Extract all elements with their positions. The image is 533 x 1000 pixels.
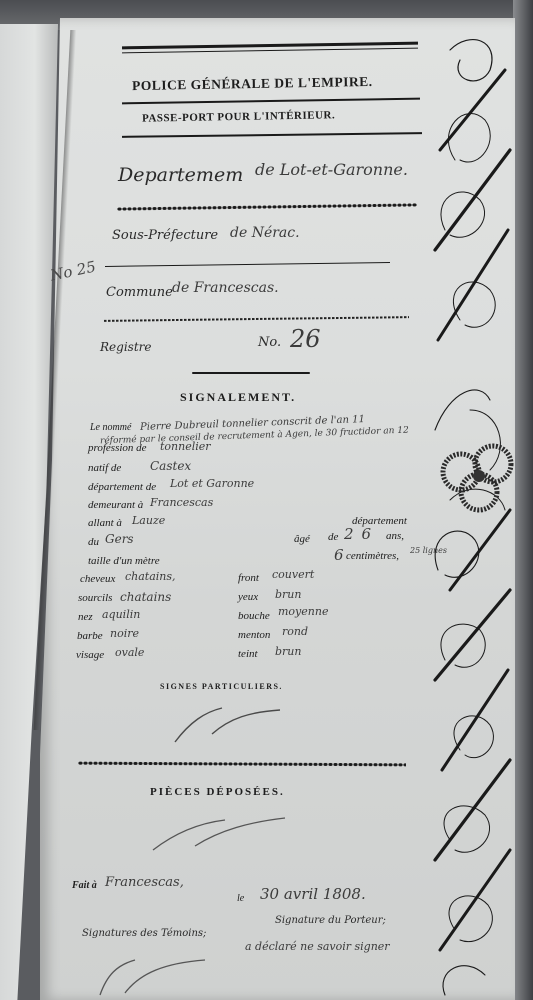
registre-number-label: No. bbox=[258, 335, 281, 350]
demeurant-label: demeurant à bbox=[88, 499, 143, 511]
empty-field-strokes-2 bbox=[150, 808, 290, 853]
sourcils-label: sourcils bbox=[78, 592, 112, 604]
nez-label: nez bbox=[78, 611, 93, 623]
barbe-value: noire bbox=[110, 627, 139, 640]
commune-value: de Francescas. bbox=[172, 280, 279, 296]
registre-rule bbox=[192, 372, 310, 374]
sous-prefecture-value: de Nérac. bbox=[230, 225, 300, 241]
date-label: le bbox=[237, 893, 244, 904]
natif-label: natif de bbox=[88, 462, 121, 474]
age-de: de bbox=[328, 531, 338, 543]
sourcils-value: chatains bbox=[120, 590, 171, 604]
cheveux-label: cheveux bbox=[80, 573, 115, 585]
porteur-note: a déclaré ne savoir signer bbox=[245, 940, 390, 953]
imperial-seal-stamp bbox=[435, 432, 523, 518]
front-value: couvert bbox=[272, 568, 314, 581]
yeux-label: yeux bbox=[238, 591, 258, 603]
sous-prefecture-label: Sous-Préfecture bbox=[112, 228, 218, 243]
fait-value: Francescas, bbox=[105, 875, 184, 890]
commune-label: Commune bbox=[106, 285, 173, 300]
allant-value: Lauze bbox=[132, 514, 165, 527]
signature-porteur-label: Signature du Porteur; bbox=[275, 915, 386, 926]
visage-value: ovale bbox=[115, 646, 144, 659]
signature-temoins-label: Signatures des Témoins; bbox=[82, 928, 206, 939]
cheveux-value: chatains, bbox=[125, 570, 176, 583]
menton-value: rond bbox=[282, 625, 308, 638]
registre-number-value: 26 bbox=[290, 325, 321, 353]
taille-label: taille d'un mètre bbox=[88, 555, 160, 567]
barbe-label: barbe bbox=[77, 630, 103, 642]
du-label: du bbox=[88, 536, 99, 548]
bouche-value: moyenne bbox=[278, 605, 328, 618]
pieces-deposees-heading: PIÈCES DÉPOSÉES. bbox=[150, 786, 285, 798]
registre-label: Registre bbox=[100, 340, 151, 354]
age-label: âgé bbox=[294, 533, 310, 545]
profession-value: tonnelier bbox=[160, 440, 211, 453]
age-unit: ans, bbox=[386, 530, 404, 542]
yeux-value: brun bbox=[275, 588, 301, 601]
front-label: front bbox=[238, 572, 259, 584]
age-value: 26 bbox=[344, 525, 379, 543]
visage-label: visage bbox=[76, 649, 104, 661]
date-value: 30 avril 1808. bbox=[260, 885, 366, 903]
teint-label: teint bbox=[238, 648, 258, 660]
profession-label: profession de bbox=[88, 442, 147, 454]
taille-unit: centimètres, bbox=[346, 550, 399, 562]
signes-particuliers-heading: SIGNES PARTICULIERS. bbox=[160, 682, 283, 691]
demeurant-value: Francescas bbox=[150, 496, 213, 509]
nomme-label: Le nommé bbox=[90, 422, 131, 433]
taille-extra: 25 lignes bbox=[410, 546, 447, 555]
departement-label: Departemem bbox=[118, 164, 243, 186]
signalement-heading: SIGNALEMENT. bbox=[180, 390, 296, 405]
taille-value: 6 bbox=[334, 546, 344, 564]
temoins-strokes bbox=[95, 945, 215, 1000]
departement-natif-value: Lot et Garonne bbox=[170, 477, 254, 490]
teint-value: brun bbox=[275, 645, 301, 658]
du-value: Gers bbox=[105, 532, 134, 546]
menton-label: menton bbox=[238, 629, 270, 641]
nez-value: aquilin bbox=[102, 608, 140, 621]
departement-natif-label: département de bbox=[88, 481, 156, 493]
natif-value: Castex bbox=[150, 459, 191, 473]
empty-field-strokes bbox=[170, 700, 290, 745]
fait-label: Fait à bbox=[72, 880, 97, 891]
departement-value: de Lot-et-Garonne. bbox=[255, 160, 408, 179]
allant-label: allant à bbox=[88, 517, 122, 529]
bouche-label: bouche bbox=[238, 610, 270, 622]
